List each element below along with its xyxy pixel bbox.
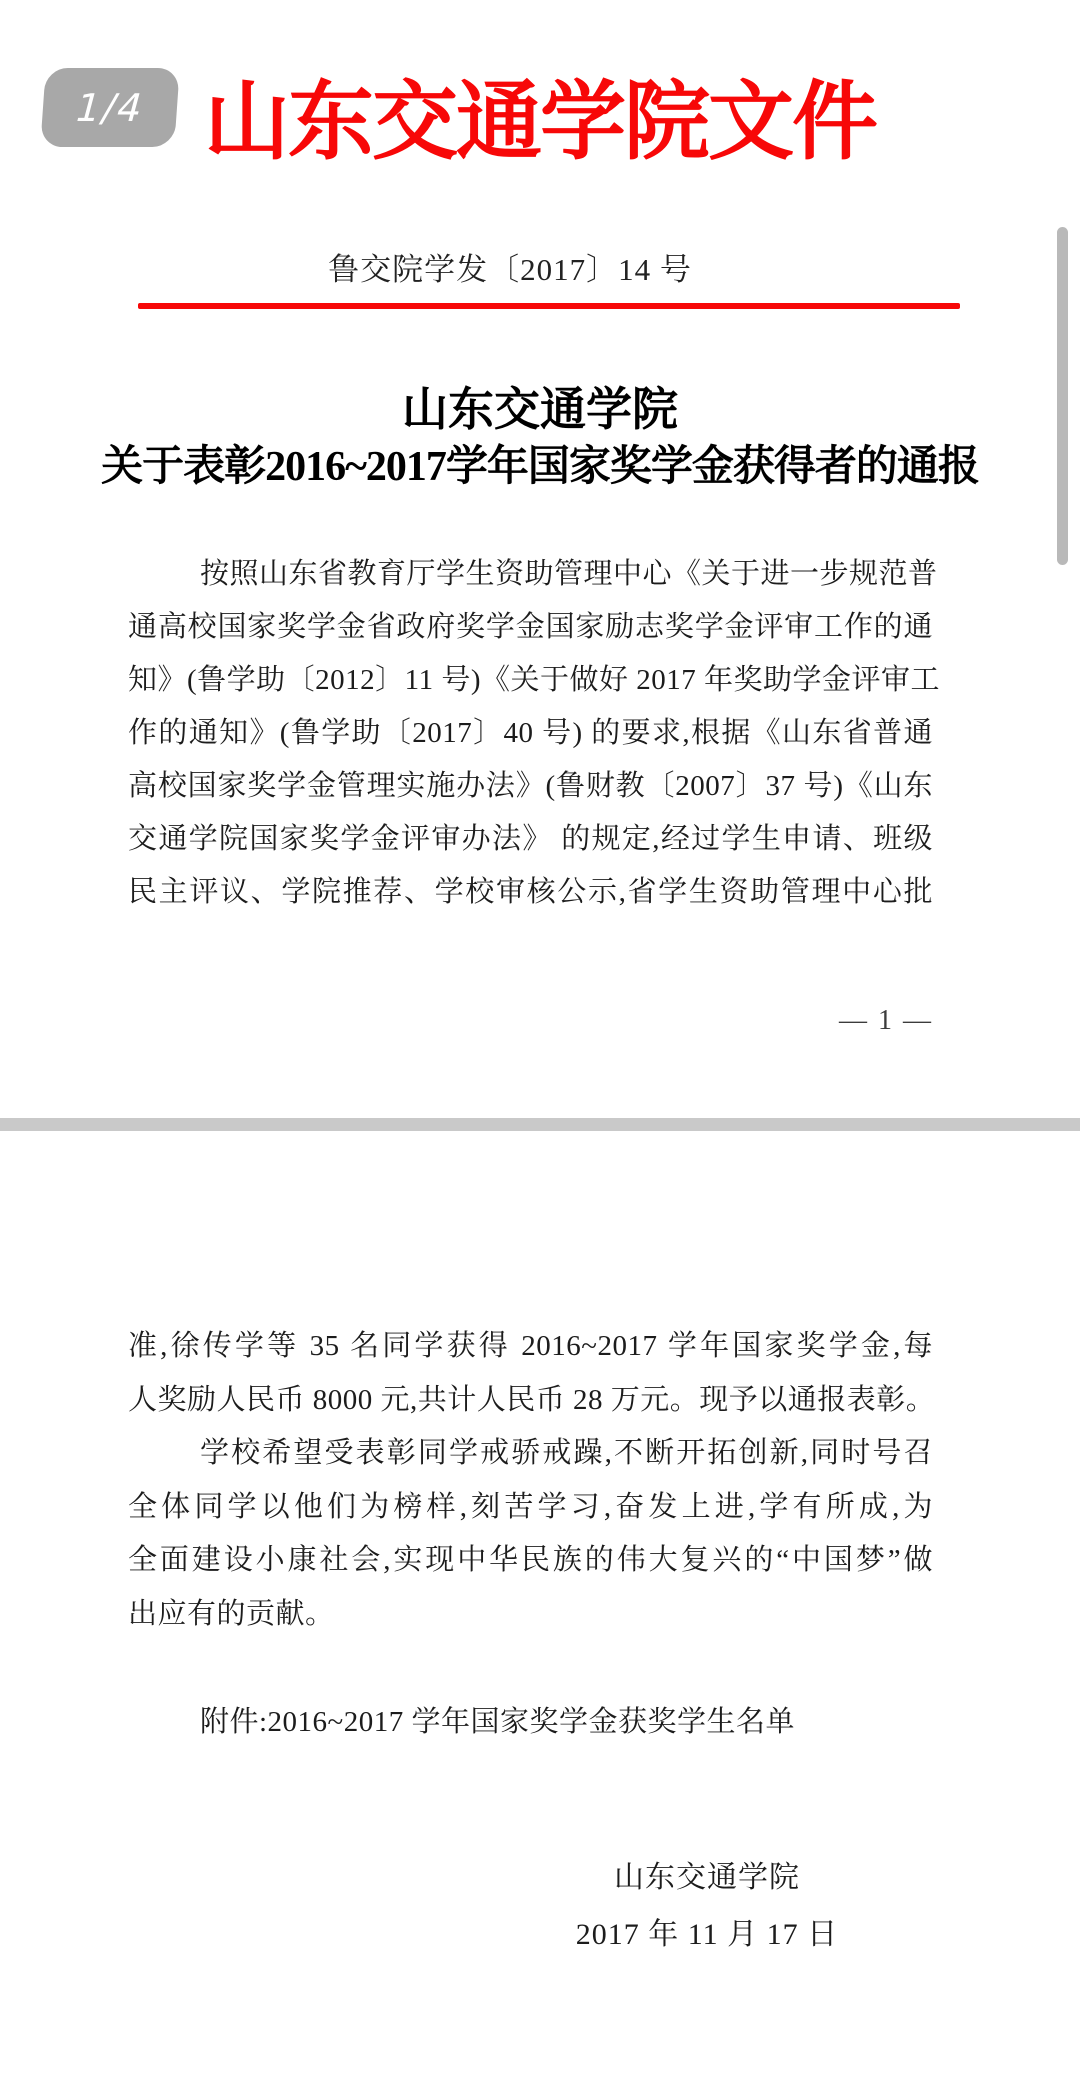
attachment-line: 附件:2016~2017 学年国家奖学金获奖学生名单 — [128, 1695, 933, 1749]
body-line: 通高校国家奖学金省政府奖学金国家励志奖学金评审工作的通 — [128, 601, 933, 654]
masthead-title: 山东交通学院文件 — [0, 56, 1080, 188]
document-title-line1: 山东交通学院 — [0, 381, 1080, 439]
page1-body-text: 按照山东省教育厅学生资助管理中心《关于进一步规范普 通高校国家奖学金省政府奖学金… — [128, 548, 933, 919]
body-line: 按照山东省教育厅学生资助管理中心《关于进一步规范普 — [128, 548, 933, 601]
document-title: 山东交通学院 关于表彰2016~2017学年国家奖学金获得者的通报 — [0, 381, 1080, 496]
red-divider-line — [138, 303, 960, 309]
body-line: 准,徐传学等 35 名同学获得 2016~2017 学年国家奖学金,每 — [128, 1320, 933, 1374]
body-line: 知》(鲁学助〔2012〕11 号)《关于做好 2017 年奖助学金评审工 — [128, 654, 933, 707]
document-number: 鲁交院学发〔2017〕14 号 — [0, 244, 1020, 289]
body-line: 交通学院国家奖学金评审办法》 的规定,经过学生申请、班级 — [128, 813, 933, 866]
page-number: — 1 — — [128, 1005, 933, 1037]
page2-body-text: 准,徐传学等 35 名同学获得 2016~2017 学年国家奖学金,每 人奖励人… — [128, 1320, 933, 1641]
body-line: 学校希望受表彰同学戒骄戒躁,不断开拓创新,同时号召 — [128, 1427, 933, 1481]
signature-name: 山东交通学院 — [380, 1856, 1034, 1900]
scrollbar-thumb[interactable] — [1057, 227, 1068, 565]
body-line: 全面建设小康社会,实现中华民族的伟大复兴的“中国梦”做 — [128, 1534, 933, 1588]
signature-date: 2017 年 11 月 17 日 — [380, 1913, 1034, 1957]
body-line: 高校国家奖学金管理实施办法》(鲁财教〔2007〕37 号)《山东 — [128, 760, 933, 813]
body-line: 出应有的贡献。 — [128, 1588, 933, 1642]
body-line: 作的通知》(鲁学助〔2017〕40 号) 的要求,根据《山东省普通 — [128, 707, 933, 760]
page-break-separator — [0, 1118, 1080, 1131]
body-line: 全体同学以他们为榜样,刻苦学习,奋发上进,学有所成,为 — [128, 1481, 933, 1535]
document-viewer: 1/4 山东交通学院文件 鲁交院学发〔2017〕14 号 山东交通学院 关于表彰… — [0, 0, 1080, 2074]
signature-block: 山东交通学院 2017 年 11 月 17 日 — [380, 1856, 1034, 1957]
document-title-line2: 关于表彰2016~2017学年国家奖学金获得者的通报 — [0, 439, 1080, 496]
body-line: 人奖励人民币 8000 元,共计人民币 28 万元。现予以通报表彰。 — [128, 1374, 933, 1428]
body-line: 民主评议、学院推荐、学校审核公示,省学生资助管理中心批 — [128, 866, 933, 919]
